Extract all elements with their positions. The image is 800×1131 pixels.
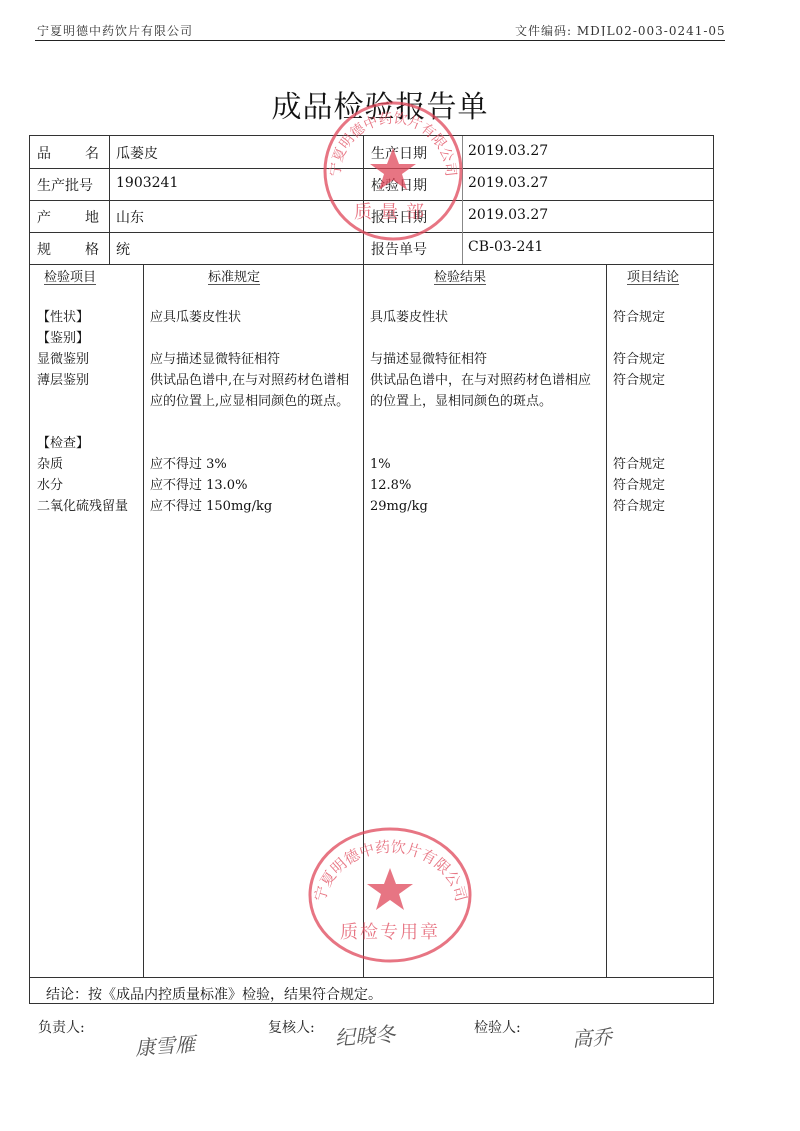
report-table — [29, 135, 714, 1004]
row-item: 薄层鉴别 — [37, 370, 89, 391]
row-result: 具瓜蒌皮性状 — [370, 307, 602, 328]
label-char: 名 — [85, 143, 99, 163]
reviewer-label: 复核人: — [268, 1017, 315, 1037]
label-char: 规 — [37, 239, 51, 259]
responsible-signature: 康雪雁 — [134, 1028, 196, 1061]
row-item: 显微鉴别 — [37, 349, 89, 370]
col-header-conclusion: 项目结论 — [627, 266, 679, 285]
row-result: 29mg/kg — [370, 496, 602, 517]
value-prod-date: 2019.03.27 — [468, 143, 548, 159]
col-header-standard: 标准规定 — [208, 266, 260, 285]
label-report-no: 报告单号 — [371, 239, 427, 259]
reviewer-signature: 纪晓冬 — [334, 1018, 396, 1051]
label-product-name: 品名 — [37, 143, 99, 163]
label-report-date: 报告日期 — [371, 207, 427, 227]
inspector-label: 检验人: — [474, 1017, 521, 1037]
value-report-date: 2019.03.27 — [468, 207, 548, 223]
label-char: 品 — [37, 143, 51, 163]
label-char: 产 — [37, 207, 51, 227]
company-header: 宁夏明德中药饮片有限公司 — [37, 22, 193, 36]
header-divider — [35, 40, 725, 41]
label-spec: 规格 — [37, 239, 99, 259]
row-item: 水分 — [37, 475, 63, 496]
row-conclusion: 符合规定 — [613, 454, 665, 475]
row-item: 二氧化硫残留量 — [37, 496, 128, 517]
page-title: 成品检验报告单 — [0, 82, 760, 126]
label-prod-date: 生产日期 — [371, 143, 427, 163]
row-standard: 应不得过 150mg/kg — [150, 496, 360, 517]
value-batch: 1903241 — [116, 175, 178, 191]
row-result: 供试品色谱中，在与对照药材色谱相应的位置上，显相同颜色的斑点。 — [370, 370, 602, 412]
value-origin: 山东 — [116, 207, 144, 227]
row-divider — [30, 977, 713, 978]
row-conclusion: 符合规定 — [613, 475, 665, 496]
label-origin: 产地 — [37, 207, 99, 227]
row-divider — [30, 264, 713, 265]
col-divider — [143, 264, 144, 977]
responsible-label: 负责人: — [38, 1017, 85, 1037]
value-product-name: 瓜蒌皮 — [116, 143, 158, 163]
row-conclusion: 符合规定 — [613, 370, 665, 391]
col-divider — [363, 264, 364, 977]
row-conclusion: 符合规定 — [613, 349, 665, 370]
col-divider — [462, 136, 463, 264]
row-result: 1% — [370, 454, 602, 475]
col-header-item: 检验项目 — [44, 266, 96, 285]
label-char: 格 — [85, 239, 99, 259]
row-item: 杂质 — [37, 454, 63, 475]
row-divider — [30, 232, 713, 233]
col-divider — [109, 136, 110, 264]
conclusion-text: 结论：按《成品内控质量标准》检验，结果符合规定。 — [46, 984, 382, 1004]
col-divider — [606, 264, 607, 977]
value-report-no: CB-03-241 — [468, 239, 543, 255]
document-code: 文件编码: MDJL02-003-0241-05 — [515, 22, 726, 36]
row-standard: 应不得过 13.0% — [150, 475, 360, 496]
label-batch: 生产批号 — [37, 175, 93, 195]
row-standard: 应具瓜蒌皮性状 — [150, 307, 360, 328]
inspector-signature: 高乔 — [571, 1021, 613, 1053]
row-item: 【性状】 — [37, 307, 89, 328]
row-divider — [30, 200, 713, 201]
col-header-result: 检验结果 — [434, 266, 486, 285]
row-divider — [30, 168, 713, 169]
row-conclusion: 符合规定 — [613, 496, 665, 517]
row-result: 12.8% — [370, 475, 602, 496]
row-result: 与描述显微特征相符 — [370, 349, 602, 370]
label-test-date: 检验日期 — [371, 175, 427, 195]
value-spec: 统 — [116, 239, 130, 259]
row-item: 【检查】 — [37, 433, 89, 454]
row-item: 【鉴别】 — [37, 328, 89, 349]
col-divider — [363, 136, 364, 264]
row-standard: 供试品色谱中,在与对照药材色谱相应的位置上,应显相同颜色的斑点。 — [150, 370, 360, 412]
row-standard: 应与描述显微特征相符 — [150, 349, 360, 370]
row-standard: 应不得过 3% — [150, 454, 360, 475]
label-char: 地 — [85, 207, 99, 227]
row-conclusion: 符合规定 — [613, 307, 665, 328]
value-test-date: 2019.03.27 — [468, 175, 548, 191]
